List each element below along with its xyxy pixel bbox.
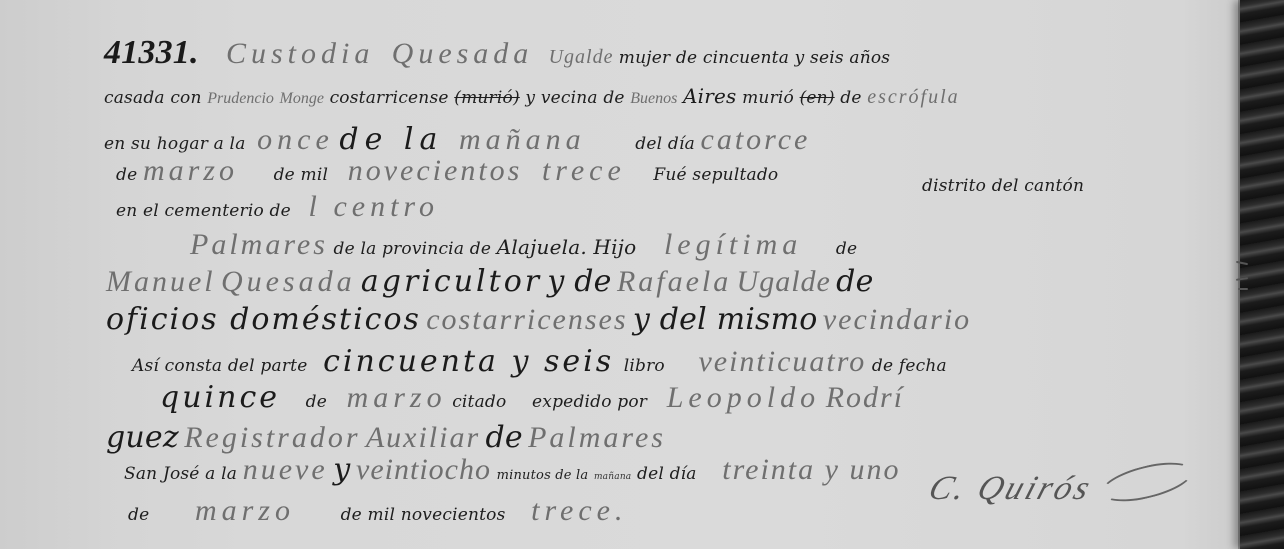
registrar-surname-part: Rodrí bbox=[826, 381, 904, 414]
nationality: costarricense bbox=[330, 88, 449, 108]
record-line-5b: distrito del cantón bbox=[922, 176, 1084, 196]
text-segment: de bbox=[840, 88, 861, 108]
province-name: Alajuela. Hijo bbox=[497, 235, 637, 259]
canton-name: Palmares bbox=[190, 228, 328, 261]
text-segment: libro bbox=[624, 356, 665, 376]
text-segment: en el cementerio de bbox=[116, 201, 291, 221]
record-line-4: de marzo de mil novecientos trece Fué se… bbox=[116, 154, 778, 188]
registrar-type: Auxiliar bbox=[366, 421, 480, 454]
record-line-3: en su hogar a la once de la mañana del d… bbox=[104, 122, 810, 157]
father-occupation: agricultor bbox=[361, 264, 542, 299]
registration-hour: nueve bbox=[243, 453, 328, 486]
signature-flourish bbox=[1098, 455, 1197, 509]
registrar-signature: C. Quirós bbox=[924, 470, 1097, 508]
registrar-title: Registrador bbox=[184, 421, 360, 454]
text-segment: de la provincia de bbox=[334, 239, 492, 259]
record-line-2: casada con Prudencio Monge costarricense… bbox=[104, 84, 960, 109]
text-segment: del día bbox=[637, 464, 697, 484]
report-number: cincuenta y seis bbox=[323, 344, 614, 379]
report-day: quince bbox=[160, 380, 280, 415]
text-segment: de bbox=[836, 239, 857, 259]
father-first-name: Manuel bbox=[106, 265, 216, 298]
year-tens: trece bbox=[542, 154, 626, 187]
mother-surname: Ugalde bbox=[737, 265, 831, 298]
record-line-1: 41331. Custodia Quesada Ugalde mujer de … bbox=[104, 34, 890, 72]
deceased-first-name: Custodia bbox=[226, 37, 374, 70]
book-binding bbox=[1240, 0, 1284, 549]
scanned-document-page: 41331. Custodia Quesada Ugalde mujer de … bbox=[0, 0, 1284, 549]
text-segment: y bbox=[333, 452, 350, 487]
cause-of-death: escrófula bbox=[867, 86, 959, 108]
parents-nationality: costarricenses bbox=[426, 303, 627, 336]
spouse-surname: Monge bbox=[280, 90, 324, 107]
book-number: veinticuatro bbox=[698, 345, 866, 378]
deceased-surname-1: Quesada bbox=[392, 37, 534, 70]
text-segment: Así consta del parte bbox=[132, 356, 307, 376]
left-margin bbox=[0, 0, 110, 549]
text-segment: de la bbox=[339, 122, 443, 157]
text-segment: citado bbox=[452, 392, 506, 412]
margin-tick bbox=[1238, 288, 1248, 290]
text-segment: murió bbox=[742, 88, 794, 108]
cemetery-district: centro bbox=[333, 190, 439, 223]
text-segment: vecindario bbox=[823, 303, 971, 336]
report-month: marzo bbox=[347, 381, 447, 414]
text-segment: de bbox=[116, 165, 137, 185]
text-segment: en su hogar a la bbox=[104, 134, 246, 154]
day-of-death: catorce bbox=[701, 123, 811, 156]
struck-text: (en) bbox=[800, 88, 835, 108]
text-segment: de mil novecientos bbox=[341, 505, 506, 525]
registration-day: treinta y uno bbox=[722, 453, 900, 486]
entry-number: 41331. bbox=[104, 34, 199, 71]
legitimacy: legítima bbox=[664, 228, 802, 261]
registration-minutes: veintiocho bbox=[356, 453, 491, 486]
time-of-day: mañana bbox=[459, 123, 586, 156]
registration-year: trece. bbox=[531, 494, 627, 527]
text-segment: de bbox=[306, 392, 327, 412]
record-line-10: quince de marzo citado expedido por Leop… bbox=[160, 380, 904, 415]
text-segment: minutos de la bbox=[497, 468, 589, 483]
mother-first-name: Rafaela bbox=[617, 265, 731, 298]
text-segment: del día bbox=[635, 134, 695, 154]
mother-occupation: oficios domésticos bbox=[106, 302, 421, 337]
record-line-13: de marzo de mil novecientos trece. bbox=[128, 494, 627, 528]
record-line-9: Así consta del parte cincuenta y seis li… bbox=[132, 344, 947, 379]
registration-month: marzo bbox=[195, 494, 295, 527]
text-segment: de bbox=[836, 264, 873, 299]
registrar-first-name: Leopoldo bbox=[667, 381, 820, 414]
hour-of-death: once bbox=[257, 123, 334, 156]
text-segment: de mil bbox=[274, 165, 329, 185]
record-line-7: Manuel Quesada agricultor y de Rafaela U… bbox=[106, 264, 874, 299]
text-segment: distrito del cantón bbox=[922, 176, 1084, 196]
age-description: mujer de cincuenta y seis años bbox=[619, 48, 890, 68]
text-segment: de bbox=[128, 505, 149, 525]
record-line-12: San José a la nueve y veintiocho minutos… bbox=[124, 452, 900, 487]
month-of-death: marzo bbox=[143, 154, 238, 187]
time-of-day-note: mañana bbox=[594, 472, 631, 482]
record-line-6: Palmares de la provincia de Alajuela. Hi… bbox=[190, 228, 857, 262]
text-segment: y del mismo bbox=[633, 302, 818, 337]
text-segment: de fecha bbox=[872, 356, 947, 376]
text-segment: de bbox=[485, 420, 522, 455]
district-initial: l bbox=[308, 190, 321, 223]
record-line-11: guez Registrador Auxiliar de Palmares bbox=[106, 420, 666, 455]
text-segment: Fué sepultado bbox=[653, 165, 778, 185]
text-segment: y vecina de bbox=[525, 88, 624, 108]
record-line-8: oficios domésticos costarricenses y del … bbox=[106, 302, 971, 337]
struck-text: (murió) bbox=[454, 88, 520, 108]
year-hundreds: novecientos bbox=[348, 154, 523, 187]
residence-word-1: Buenos bbox=[630, 90, 677, 107]
father-surname: Quesada bbox=[221, 265, 356, 298]
registrar-surname-end: guez bbox=[106, 420, 179, 455]
text-segment: y de bbox=[547, 264, 611, 299]
deceased-surname-2: Ugalde bbox=[549, 46, 614, 68]
record-line-5: en el cementerio de l centro bbox=[116, 190, 439, 224]
spouse-first-name: Prudencio bbox=[207, 90, 274, 107]
registration-place: San José a la bbox=[124, 464, 237, 484]
registrar-canton: Palmares bbox=[528, 421, 666, 454]
residence-word-2: Aires bbox=[683, 84, 737, 108]
text-segment: expedido por bbox=[532, 392, 647, 412]
text-segment: casada con bbox=[104, 88, 202, 108]
